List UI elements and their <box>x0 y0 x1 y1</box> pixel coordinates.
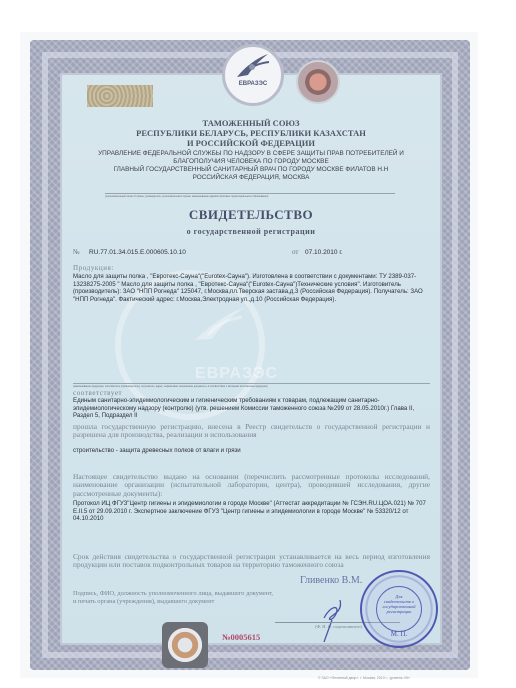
authority-caption: (уполномоченный орган Стороны; руководит… <box>105 193 395 198</box>
emblem-label: ЕВРАЗЭС <box>225 81 281 87</box>
union-header: ТАМОЖЕННЫЙ СОЮЗ РЕСПУБЛИКИ БЕЛАРУСЬ, РЕС… <box>62 118 440 148</box>
signer-field-caption: (Ф. И. О. подписавшего) <box>315 624 362 629</box>
product-label: Продукция: <box>73 264 114 272</box>
product-description: Масло для защиты полка , "Евротекс-Сауна… <box>73 273 430 303</box>
authority-line: БЛАГОПОЛУЧИЯ ЧЕЛОВЕКА ПО ГОРОДУ МОСКВЕ <box>62 158 440 166</box>
basis-intro: Настоящее свидетельство выдано на основа… <box>73 473 430 498</box>
authority-line: РОССИЙСКАЯ ФЕДЕРАЦИЯ, МОСКВА <box>62 174 440 182</box>
signature-caption: Подпись, ФИО, должность уполномоченного … <box>73 590 273 605</box>
bird-emblem-icon <box>235 53 271 79</box>
basis-documents: Протокол ИЦ ФГУЗ"Центр гигиены и эпидеми… <box>73 500 430 523</box>
conforms-label: соответствует <box>73 389 122 397</box>
serial-number: №0005615 <box>222 632 260 642</box>
hologram-seal-top <box>296 60 340 104</box>
stamp-text: Для свидетельств о государственной регис… <box>362 594 436 614</box>
number-label: № <box>73 248 80 256</box>
union-line: И РОССИЙСКОЙ ФЕДЕРАЦИИ <box>62 138 440 148</box>
hologram-strip <box>87 85 153 107</box>
product-caption: (наименование продукции, изготовитель (п… <box>73 383 430 388</box>
registration-statement: прошла государственную регистрацию, внес… <box>73 423 430 440</box>
date-label: от <box>292 248 298 256</box>
watermark-label: ЕВРАЗЭС <box>195 365 278 383</box>
validity-statement: Срок действия свидетельства о государств… <box>73 553 430 570</box>
hologram-seal-bottom <box>162 622 208 668</box>
registration-date: 07.10.2010 г. <box>305 249 343 256</box>
authority-header: УПРАВЛЕНИЕ ФЕДЕРАЛЬНОЙ СЛУЖБЫ ПО НАДЗОРУ… <box>62 150 440 182</box>
conformity-requirements: Единым санитарно-эпидемиологическим и ги… <box>73 397 430 420</box>
stamp-line: регистрации <box>362 609 436 614</box>
usage-scope: строительство - защита древесных полков … <box>73 447 430 455</box>
authority-line: ГЛАВНЫЙ ГОСУДАРСТВЕННЫЙ САНИТАРНЫЙ ВРАЧ … <box>62 166 440 174</box>
union-line: ТАМОЖЕННЫЙ СОЮЗ <box>62 118 440 128</box>
certificate-title: СВИДЕТЕЛЬСТВО <box>62 207 440 223</box>
signature-mark <box>318 598 348 643</box>
eurasec-emblem: ЕВРАЗЭС <box>222 44 284 106</box>
signer-name: Гливенко В.М. <box>300 575 362 586</box>
official-stamp: Для свидетельств о государственной регис… <box>360 570 438 648</box>
certificate-subtitle: о государственной регистрации <box>62 227 440 236</box>
watermark-bird-icon <box>190 305 250 345</box>
printer-note: © ЗАО «Печатный двор», г. Москва, 2010 г… <box>318 676 410 680</box>
union-line: РЕСПУБЛИКИ БЕЛАРУСЬ, РЕСПУБЛИКИ КАЗАХСТА… <box>62 128 440 138</box>
registration-number: RU.77.01.34.015.Е.000605.10.10 <box>89 249 186 256</box>
authority-line: УПРАВЛЕНИЕ ФЕДЕРАЛЬНОЙ СЛУЖБЫ ПО НАДЗОРУ… <box>62 150 440 158</box>
stamp-mp: М. П. <box>362 630 436 638</box>
